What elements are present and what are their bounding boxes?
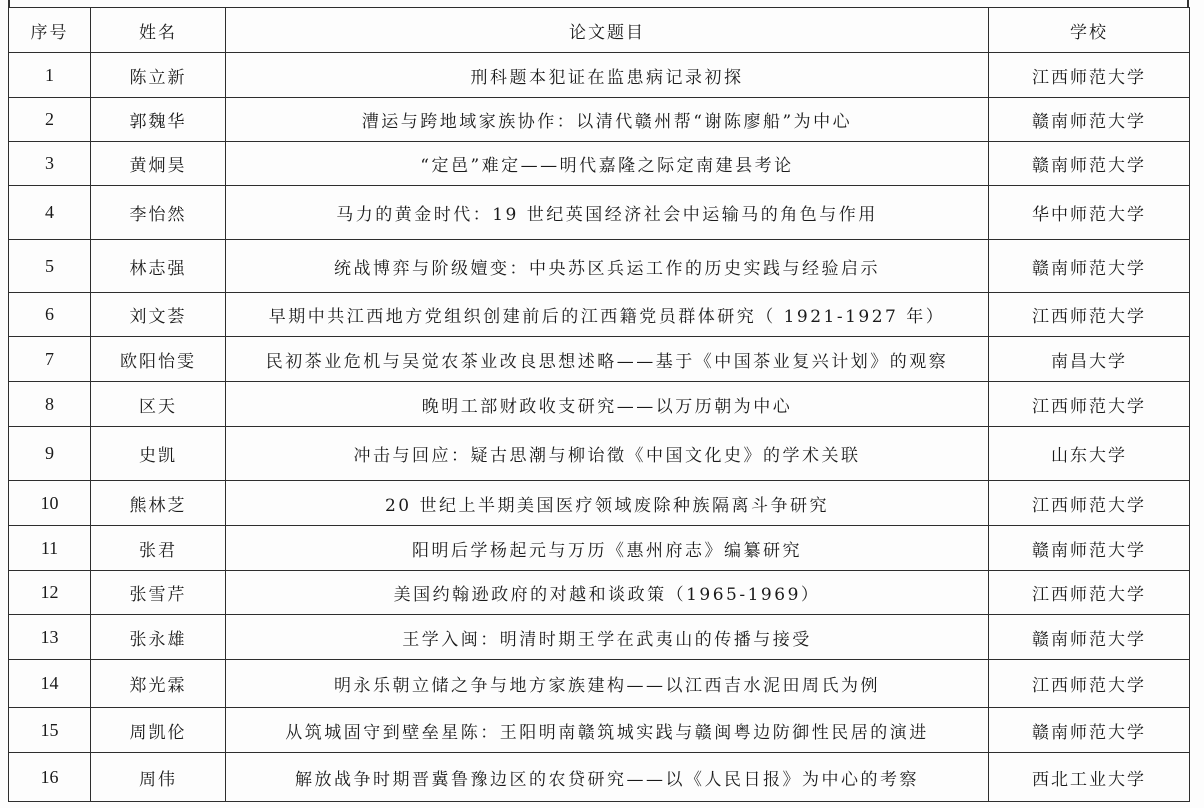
author-name: 郑光霖: [91, 660, 226, 708]
header-no: 序号: [9, 8, 91, 53]
author-name: 周凯伦: [91, 708, 226, 753]
author-name: 熊林芝: [91, 481, 226, 526]
row-number: 10: [9, 481, 91, 526]
paper-title: 王学入闽：明清时期王学在武夷山的传播与接受: [226, 615, 989, 660]
author-name: 郭魏华: [91, 98, 226, 142]
paper-title: 20 世纪上半期美国医疗领域废除种族隔离斗争研究: [226, 481, 989, 526]
school-name: 华中师范大学: [989, 186, 1190, 240]
paper-title: 民初茶业危机与吴觉农茶业改良思想述略——基于《中国茶业复兴计划》的观察: [226, 337, 989, 382]
school-name: 赣南师范大学: [989, 526, 1190, 571]
school-name: 江西师范大学: [989, 481, 1190, 526]
paper-title: 冲击与回应：疑古思潮与柳诒徵《中国文化史》的学术关联: [226, 427, 989, 481]
author-name: 张永雄: [91, 615, 226, 660]
document-page: 序号 姓名 论文题目 学校 1陈立新刑科题本犯证在监患病记录初探江西师范大学2郭…: [0, 0, 1204, 808]
school-name: 江西师范大学: [989, 382, 1190, 427]
row-number: 6: [9, 293, 91, 337]
school-name: 江西师范大学: [989, 571, 1190, 615]
table-row: 15周凯伦从筑城固守到壁垒星陈：王阳明南赣筑城实践与赣闽粤边防御性民居的演进赣南…: [9, 708, 1190, 753]
table-row: 1陈立新刑科题本犯证在监患病记录初探江西师范大学: [9, 53, 1190, 98]
author-name: 周伟: [91, 753, 226, 802]
row-number: 16: [9, 753, 91, 802]
paper-title: 马力的黄金时代：19 世纪英国经济社会中运输马的角色与作用: [226, 186, 989, 240]
author-name: 刘文荟: [91, 293, 226, 337]
row-number: 13: [9, 615, 91, 660]
school-name: 西北工业大学: [989, 753, 1190, 802]
author-name: 林志强: [91, 240, 226, 293]
row-number: 1: [9, 53, 91, 98]
author-name: 张雪芹: [91, 571, 226, 615]
author-name: 欧阳怡雯: [91, 337, 226, 382]
header-title: 论文题目: [226, 8, 989, 53]
table-row: 12张雪芹美国约翰逊政府的对越和谈政策（1965-1969）江西师范大学: [9, 571, 1190, 615]
author-name: 史凯: [91, 427, 226, 481]
paper-title: 统战博弈与阶级嬗变：中央苏区兵运工作的历史实践与经验启示: [226, 240, 989, 293]
row-number: 5: [9, 240, 91, 293]
header-school: 学校: [989, 8, 1190, 53]
school-name: 山东大学: [989, 427, 1190, 481]
header-row: 序号 姓名 论文题目 学校: [9, 8, 1190, 53]
table-row: 4李怡然马力的黄金时代：19 世纪英国经济社会中运输马的角色与作用华中师范大学: [9, 186, 1190, 240]
table-row: 10熊林芝20 世纪上半期美国医疗领域废除种族隔离斗争研究江西师范大学: [9, 481, 1190, 526]
paper-title: 明永乐朝立储之争与地方家族建构——以江西吉水泥田周氏为例: [226, 660, 989, 708]
row-number: 2: [9, 98, 91, 142]
author-name: 陈立新: [91, 53, 226, 98]
table-row: 5林志强统战博弈与阶级嬗变：中央苏区兵运工作的历史实践与经验启示赣南师范大学: [9, 240, 1190, 293]
paper-title: 阳明后学杨起元与万历《惠州府志》编纂研究: [226, 526, 989, 571]
school-name: 江西师范大学: [989, 660, 1190, 708]
paper-title: 解放战争时期晋冀鲁豫边区的农贷研究——以《人民日报》为中心的考察: [226, 753, 989, 802]
school-name: 赣南师范大学: [989, 708, 1190, 753]
table-row: 3黄炯昊“定邑”难定——明代嘉隆之际定南建县考论赣南师范大学: [9, 142, 1190, 186]
row-number: 7: [9, 337, 91, 382]
table-row: 14郑光霖明永乐朝立储之争与地方家族建构——以江西吉水泥田周氏为例江西师范大学: [9, 660, 1190, 708]
school-name: 南昌大学: [989, 337, 1190, 382]
school-name: 赣南师范大学: [989, 615, 1190, 660]
author-name: 黄炯昊: [91, 142, 226, 186]
paper-title: 美国约翰逊政府的对越和谈政策（1965-1969）: [226, 571, 989, 615]
school-name: 江西师范大学: [989, 53, 1190, 98]
row-number: 12: [9, 571, 91, 615]
table-row: 7欧阳怡雯民初茶业危机与吴觉农茶业改良思想述略——基于《中国茶业复兴计划》的观察…: [9, 337, 1190, 382]
paper-title: 晚明工部财政收支研究——以万历朝为中心: [226, 382, 989, 427]
paper-title: 从筑城固守到壁垒星陈：王阳明南赣筑城实践与赣闽粤边防御性民居的演进: [226, 708, 989, 753]
paper-title: “定邑”难定——明代嘉隆之际定南建县考论: [226, 142, 989, 186]
author-name: 张君: [91, 526, 226, 571]
table-row: 8区天晚明工部财政收支研究——以万历朝为中心江西师范大学: [9, 382, 1190, 427]
row-number: 4: [9, 186, 91, 240]
header-name: 姓名: [91, 8, 226, 53]
table-row: 11张君阳明后学杨起元与万历《惠州府志》编纂研究赣南师范大学: [9, 526, 1190, 571]
row-number: 15: [9, 708, 91, 753]
table-row: 16周伟解放战争时期晋冀鲁豫边区的农贷研究——以《人民日报》为中心的考察西北工业…: [9, 753, 1190, 802]
table-row: 6刘文荟早期中共江西地方党组织创建前后的江西籍党员群体研究（ 1921-1927…: [9, 293, 1190, 337]
row-number: 14: [9, 660, 91, 708]
school-name: 赣南师范大学: [989, 240, 1190, 293]
table-row: 13张永雄王学入闽：明清时期王学在武夷山的传播与接受赣南师范大学: [9, 615, 1190, 660]
table-row: 9史凯冲击与回应：疑古思潮与柳诒徵《中国文化史》的学术关联山东大学: [9, 427, 1190, 481]
table-row: 2郭魏华漕运与跨地域家族协作：以清代赣州帮“谢陈廖船”为中心赣南师范大学: [9, 98, 1190, 142]
school-name: 赣南师范大学: [989, 98, 1190, 142]
row-number: 9: [9, 427, 91, 481]
author-name: 李怡然: [91, 186, 226, 240]
row-number: 3: [9, 142, 91, 186]
author-name: 区天: [91, 382, 226, 427]
school-name: 赣南师范大学: [989, 142, 1190, 186]
school-name: 江西师范大学: [989, 293, 1190, 337]
paper-list-table: 序号 姓名 论文题目 学校 1陈立新刑科题本犯证在监患病记录初探江西师范大学2郭…: [8, 7, 1190, 802]
paper-title: 刑科题本犯证在监患病记录初探: [226, 53, 989, 98]
row-number: 8: [9, 382, 91, 427]
paper-title: 早期中共江西地方党组织创建前后的江西籍党员群体研究（ 1921-1927 年）: [226, 293, 989, 337]
paper-title: 漕运与跨地域家族协作：以清代赣州帮“谢陈廖船”为中心: [226, 98, 989, 142]
row-number: 11: [9, 526, 91, 571]
